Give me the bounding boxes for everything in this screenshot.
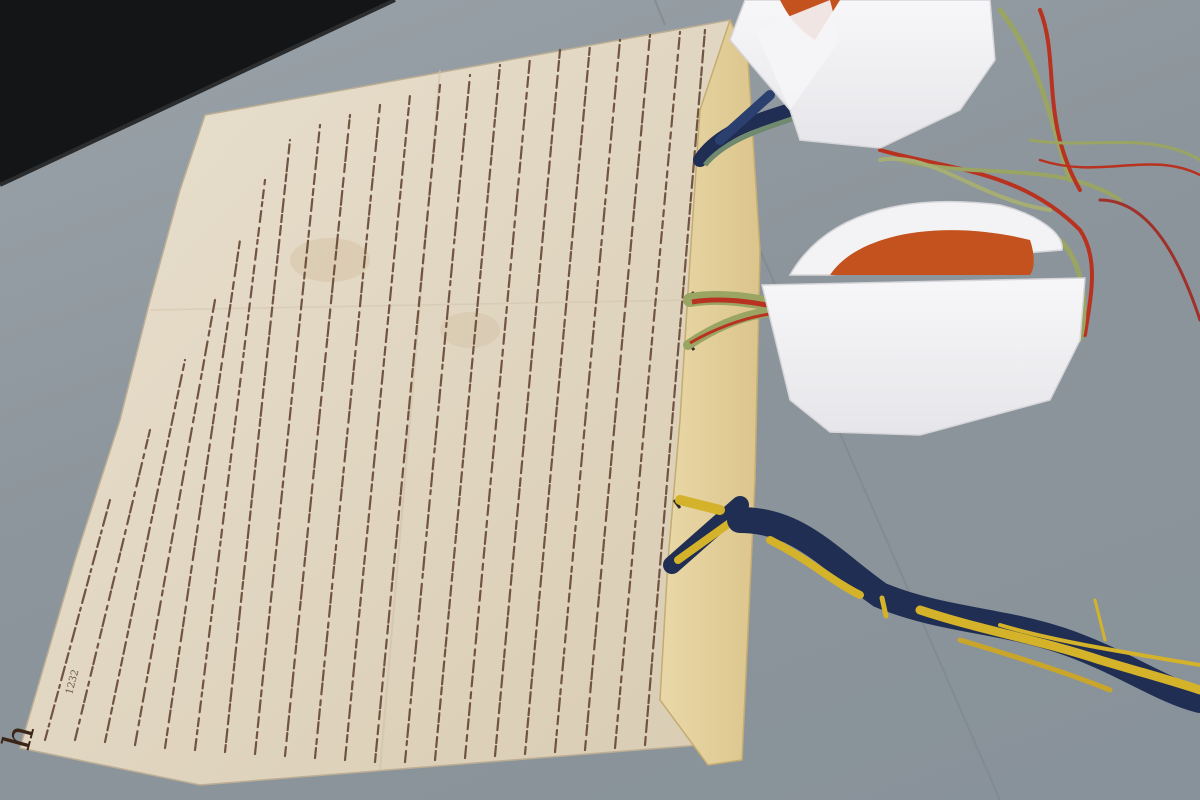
seal-cord-blue-yellow: [672, 500, 1200, 700]
parchment-sheet: [20, 20, 730, 785]
seal-pouch-middle: [762, 202, 1085, 435]
photo-scene: h 1232: [0, 0, 1200, 800]
charter-illustration: h 1232: [0, 0, 1200, 800]
